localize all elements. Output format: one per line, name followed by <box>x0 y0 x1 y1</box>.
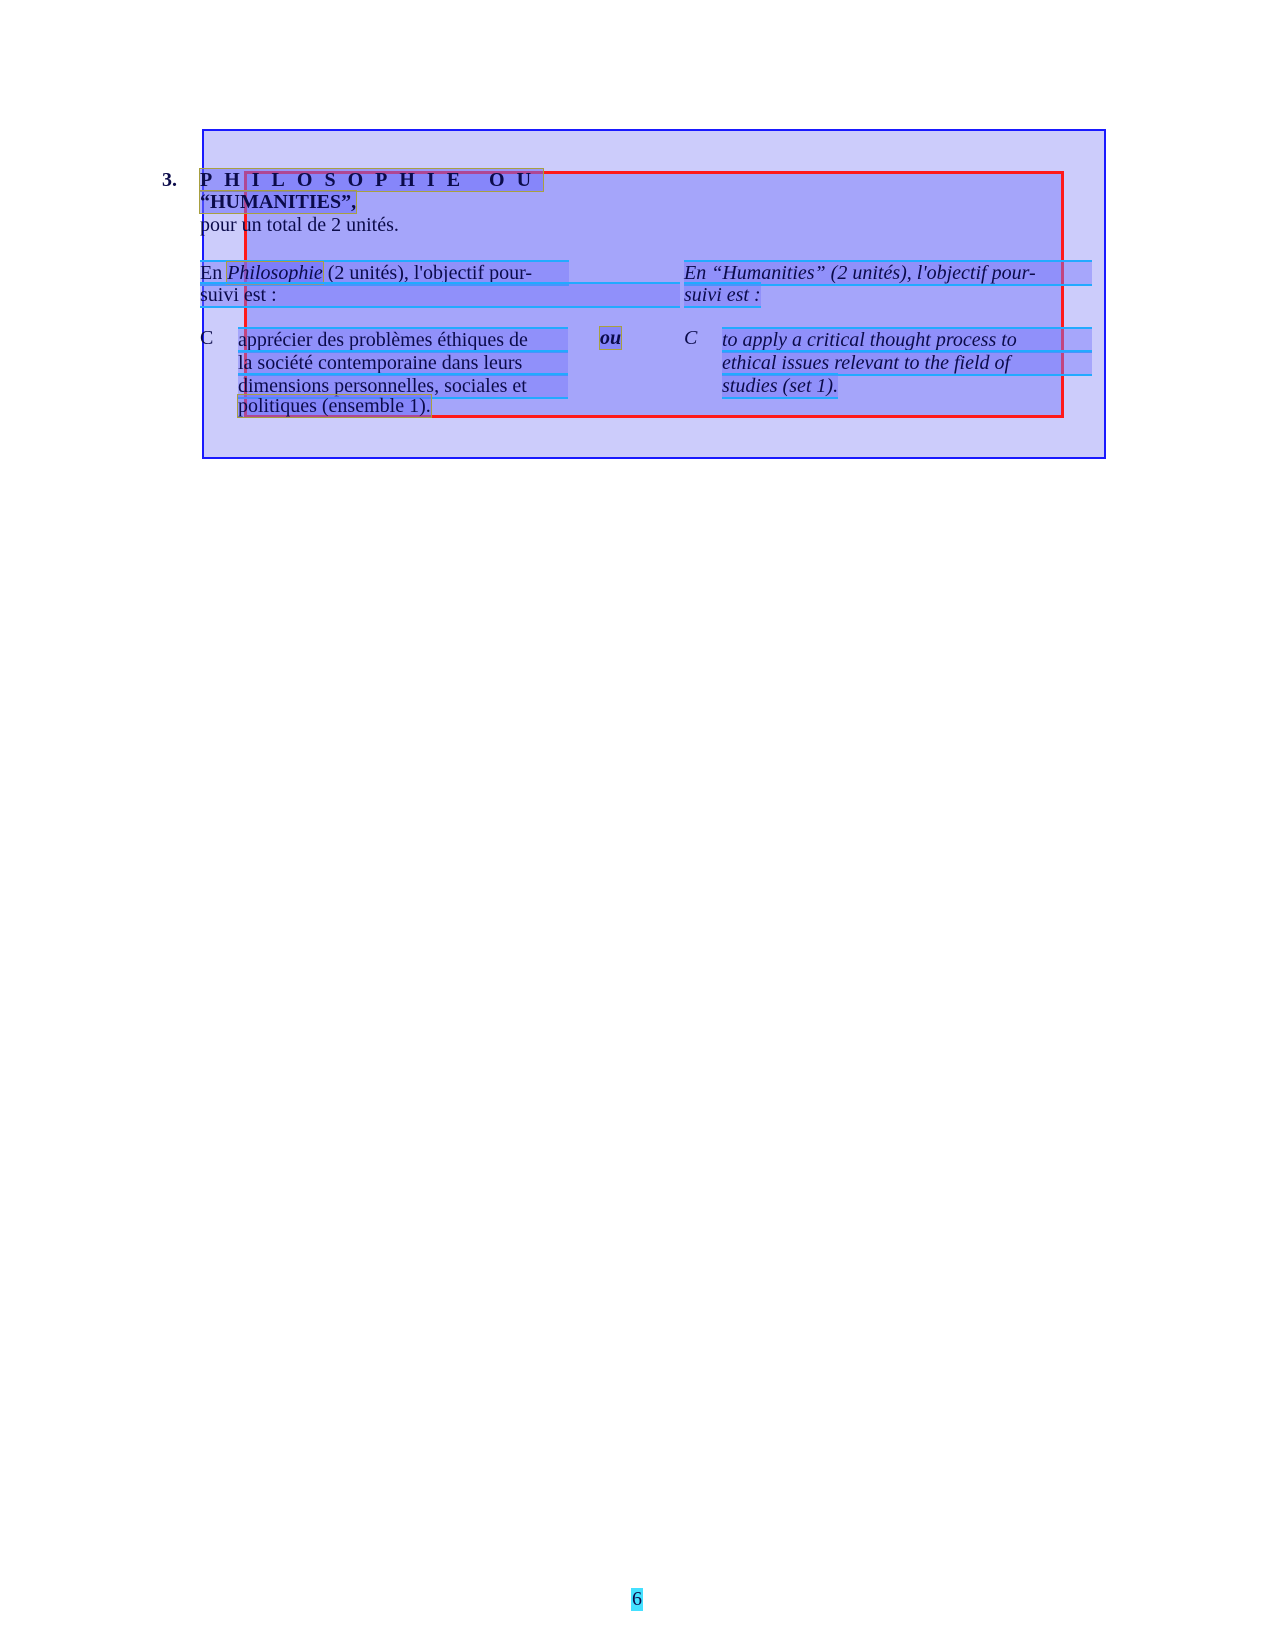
left-bullet-glyph: C <box>200 327 213 349</box>
section-heading-line2: “HUMANITIES”, <box>200 191 356 213</box>
left-bullet-line-4: politiques (ensemble 1). <box>238 395 431 417</box>
section-number: 3. <box>162 169 177 191</box>
page-number: 6 <box>631 1588 643 1611</box>
right-intro-line2: suivi est : <box>684 282 761 308</box>
section-heading-line1: PHILOSOPHIE OU <box>200 169 543 191</box>
right-bullet-line-3: studies (set 1). <box>722 373 838 399</box>
left-intro-rest: (2 unités), l'objectif pour- <box>323 262 532 284</box>
section-subline: pour un total de 2 unités. <box>200 214 399 236</box>
left-intro-line2: suivi est : <box>200 282 680 308</box>
left-intro-prefix: En <box>200 262 227 284</box>
right-bullet-glyph: C <box>684 327 697 349</box>
separator-ou: ou <box>600 327 621 349</box>
left-intro-italic: Philosophie <box>227 262 323 284</box>
